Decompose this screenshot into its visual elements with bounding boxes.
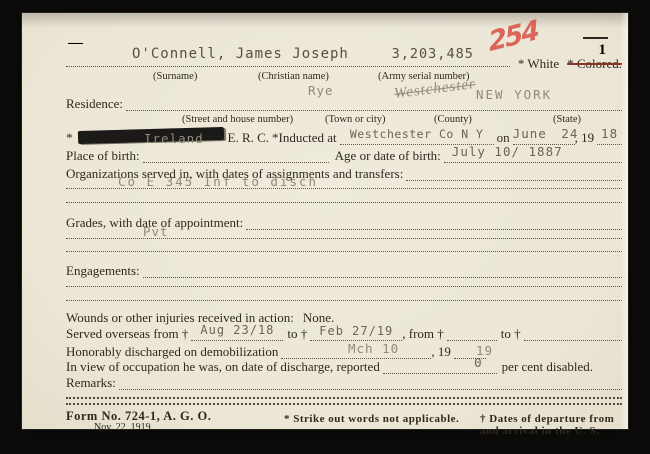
residence-line: Residence: <box>66 95 622 111</box>
blank-rule-line <box>66 246 622 252</box>
disability-line: In view of occupation he was, on date of… <box>66 358 622 374</box>
dotted-rule <box>66 236 622 252</box>
overseas-to2-label: to † <box>497 327 524 341</box>
birth-place-rule <box>143 147 329 163</box>
disability-value: 0 <box>474 356 497 369</box>
induction-place-value: Westchester Co N Y <box>350 128 484 140</box>
county-label: (County) <box>434 114 472 125</box>
place-of-birth-label: Place of birth: <box>66 149 143 163</box>
wounds-value: None. <box>297 311 337 325</box>
overseas-from1-rule: Aug 23/18 <box>191 325 283 341</box>
overseas-to1-value: Feb 27/19 <box>319 324 393 338</box>
state-label: (State) <box>553 114 581 125</box>
disability-label: In view of occupation he was, on date of… <box>66 360 383 374</box>
disability-rule: 0 <box>383 358 497 374</box>
army-serial-number: 3,203,485 <box>392 47 474 62</box>
induction-date-value: June 24 <box>513 127 579 140</box>
overseas-from1-label: Served overseas from † <box>66 327 191 341</box>
on-label: on <box>494 131 513 145</box>
dagger-note: † Dates of departure from and arrival in… <box>480 413 628 437</box>
discharge-date-rule <box>281 343 431 359</box>
tally-dash: — <box>68 35 83 52</box>
dotted-rule <box>66 399 622 405</box>
christian-name-label: (Christian name) <box>258 71 329 82</box>
discharge-line: Honorably discharged on demobilization ,… <box>66 343 622 359</box>
birth-place-value: Ireland <box>144 131 204 146</box>
overseas-to1-rule: Feb 27/19 <box>310 325 402 341</box>
induction-year-value: 18 <box>601 127 618 140</box>
name-rule: O'Connell, James Joseph 3,203,485 <box>66 51 510 67</box>
birth-date-rule: July 10/ 1887 <box>444 147 622 163</box>
induction-place-rule: Westchester Co N Y <box>340 129 494 145</box>
blank-rule-line <box>66 295 622 301</box>
street-label: (Street and house number) <box>182 114 293 125</box>
enlistment-asterisk: * <box>66 131 76 145</box>
surname-label: (Surname) <box>153 71 197 82</box>
discharge-year-label: , 19 <box>431 345 454 359</box>
wounds-line: Wounds or other injuries received in act… <box>66 309 622 325</box>
discharge-label: Honorably discharged on demobilization <box>66 345 281 359</box>
overseas-to1-label: to † <box>283 327 310 341</box>
disability-suffix-label: per cent disabled. <box>497 360 596 374</box>
strike-out-note: * Strike out words not applicable. <box>284 413 459 425</box>
induction-date-rule: June 24 <box>513 129 575 145</box>
birth-date-value: July 10/ 1887 <box>444 145 563 158</box>
overseas-from1-value: Aug 23/18 <box>200 324 274 337</box>
enlistment-fragment: E. R. C. <box>228 131 273 145</box>
bottom-double-rule <box>66 399 622 405</box>
race-white-option: * White <box>510 57 559 71</box>
photo-background: { "card": { "page_number": "1", "red_ann… <box>0 0 650 454</box>
remarks-line: Remarks: <box>66 374 622 390</box>
birth-line: Place of birth: Age or date of birth: Ju… <box>66 147 622 163</box>
overseas-from2-rule <box>447 325 497 341</box>
dotted-rule <box>66 285 622 301</box>
blank-rule-line <box>66 197 622 203</box>
remarks-label: Remarks: <box>66 376 119 390</box>
remarks-rule <box>119 374 622 390</box>
age-label: Age or date of birth: <box>329 149 444 163</box>
inducted-at-label: *Inducted at <box>272 131 340 145</box>
town-label: (Town or city) <box>325 114 386 125</box>
overseas-line: Served overseas from † Aug 23/18 to † Fe… <box>66 325 622 341</box>
soldier-name: O'Connell, James Joseph <box>132 47 349 62</box>
dotted-rule <box>66 187 622 203</box>
overseas-from2-label: , from † <box>402 327 447 341</box>
induction-year-rule: 18 <box>597 129 622 145</box>
residence-label: Residence: <box>66 97 126 111</box>
name-line: O'Connell, James Joseph 3,203,485 * Whit… <box>66 51 622 67</box>
race-colored-option-struck: * Colored. <box>559 57 622 71</box>
residence-rule <box>126 95 622 111</box>
overseas-to2-rule <box>524 325 622 341</box>
service-record-card: — 254 1 O'Connell, James Joseph 3,203,48… <box>22 13 628 429</box>
form-date: Nov. 22, 1919. <box>94 422 153 433</box>
